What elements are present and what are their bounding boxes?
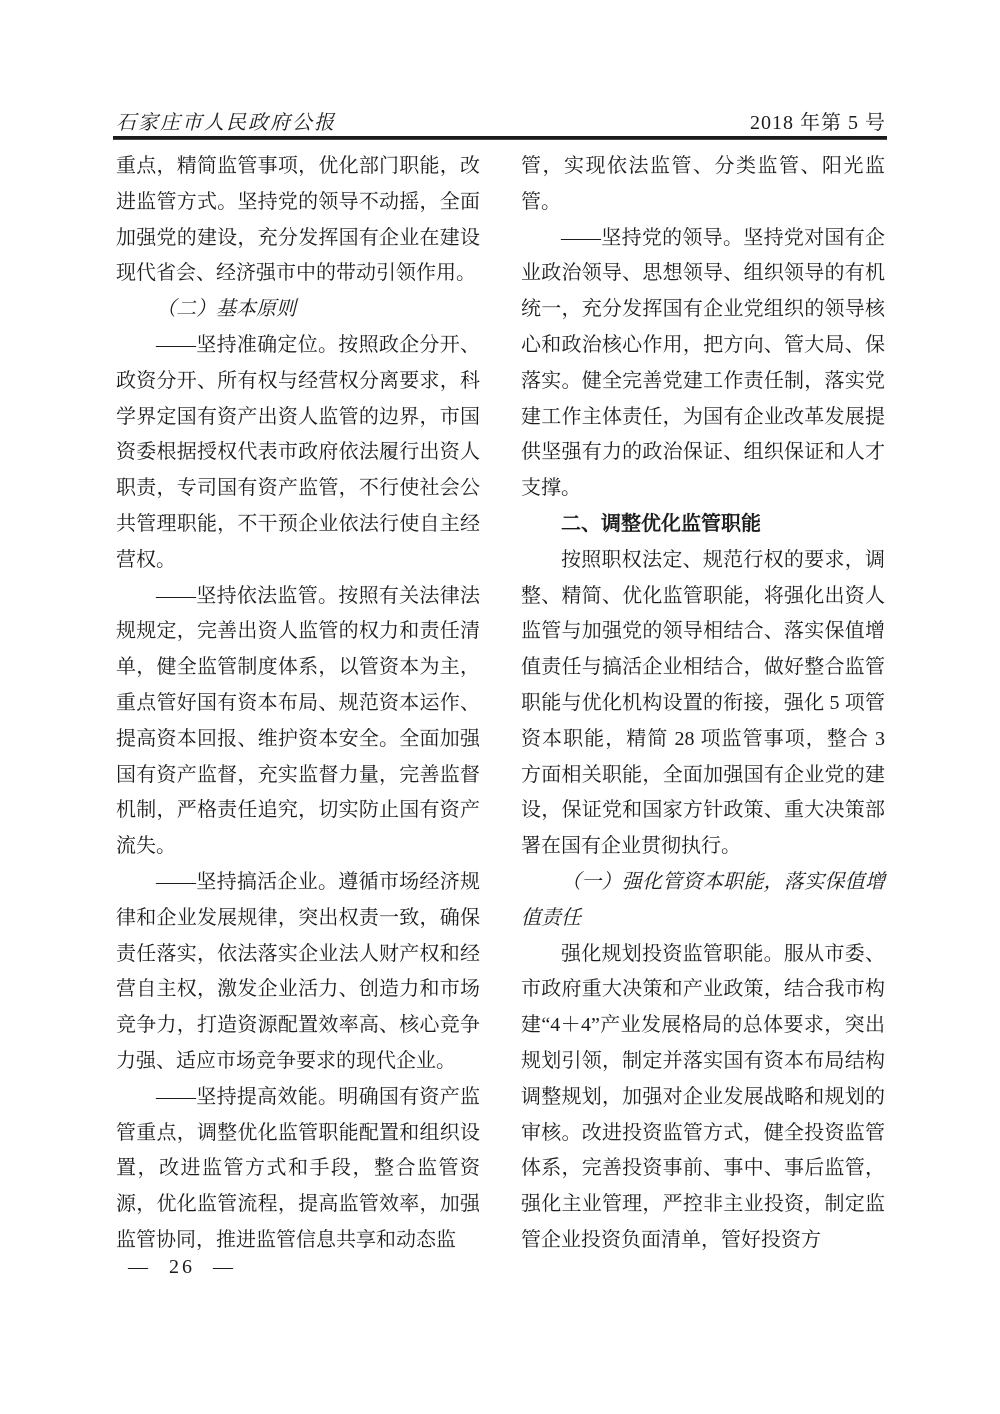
subsection-heading: （二）基本原则 — [116, 292, 480, 328]
paragraph: ——坚持依法监管。按照有关法律法规规定，完善出资人监管的权力和责任清单，健全监管… — [116, 579, 480, 865]
paragraph: 重点，精简监管事项，优化部门职能，改进监管方式。坚持党的领导不动摇，全面加强党的… — [116, 149, 480, 292]
paragraph: 强化规划投资监管职能。服从市委、市政府重大决策和产业政策，结合我市构建“4＋4”… — [521, 937, 885, 1259]
paragraph: ——坚持党的领导。坚持党对国有企业政治领导、思想领导、组织领导的有机统一，充分发… — [521, 221, 885, 507]
header-rule — [113, 136, 887, 140]
paragraph: ——坚持搞活企业。遵循市场经济规律和企业发展规律，突出权责一致，确保责任落实，依… — [116, 865, 480, 1080]
paragraph: 管，实现依法监管、分类监管、阳光监管。 — [521, 149, 885, 221]
page-header: 石家庄市人民政府公报 2018 年第 5 号 — [116, 106, 886, 135]
gazette-title: 石家庄市人民政府公报 — [116, 106, 336, 135]
gazette-page: 石家庄市人民政府公报 2018 年第 5 号 重点，精简监管事项，优化部门职能，… — [0, 0, 1000, 1414]
section-heading: 二、调整优化监管职能 — [521, 507, 885, 543]
article-body: 重点，精简监管事项，优化部门职能，改进监管方式。坚持党的领导不动摇，全面加强党的… — [116, 149, 885, 1259]
left-column: 重点，精简监管事项，优化部门职能，改进监管方式。坚持党的领导不动摇，全面加强党的… — [116, 149, 480, 1259]
paragraph: ——坚持准确定位。按照政企分开、政资分开、所有权与经营权分离要求，科学界定国有资… — [116, 328, 480, 579]
issue-number: 2018 年第 5 号 — [750, 106, 886, 135]
paragraph: ——坚持提高效能。明确国有资产监管重点，调整优化监管职能配置和组织设置，改进监管… — [116, 1080, 480, 1259]
paragraph: 按照职权法定、规范行权的要求，调整、精简、优化监管职能，将强化出资人监管与加强党… — [521, 543, 885, 865]
page-number: — 26 — — [128, 1256, 236, 1278]
page-footer: — 26 — — [128, 1256, 236, 1279]
right-column: 管，实现依法监管、分类监管、阳光监管。——坚持党的领导。坚持党对国有企业政治领导… — [521, 149, 885, 1259]
subsection-heading: （一）强化管资本职能，落实保值增值责任 — [521, 865, 885, 937]
